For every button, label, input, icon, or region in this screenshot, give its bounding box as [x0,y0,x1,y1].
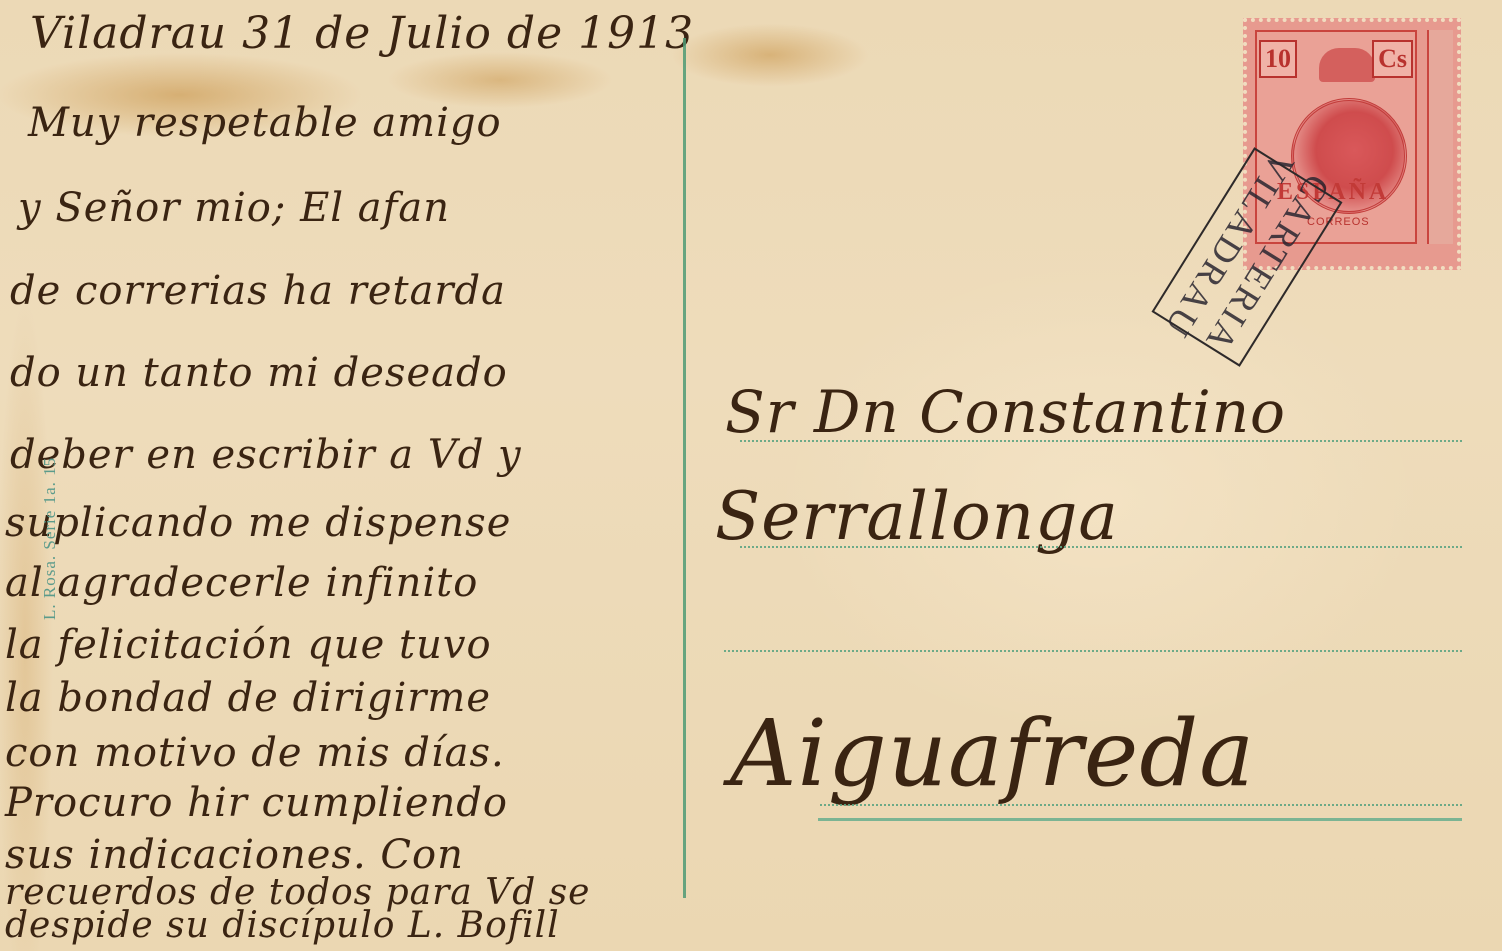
message-line: la bondad de dirigirme [5,675,491,721]
message-line: de correrias ha retarda [10,268,506,314]
message-line: Muy respetable amigo [28,100,502,146]
message-line: do un tanto mi deseado [10,350,508,396]
address-underline [818,818,1462,821]
stamp-value: 10 [1259,40,1297,78]
message-line: con motivo de mis días. [5,730,505,776]
message-line: la felicitación que tuvo [5,622,492,668]
message-line: Procuro hir cumpliendo [5,780,508,826]
message-line: suplicando me dispense [5,500,511,546]
signature-line: despide su discípulo L. Bofill [5,905,560,946]
postcard-back: Viladrau 31 de Julio de 1913 Muy respeta… [0,0,1502,951]
crown-icon [1319,48,1375,82]
address-line-2: Serrallonga [715,478,1119,555]
address-rule-2 [740,546,1462,548]
address-rule-4 [820,804,1462,806]
address-line-4: Aiguafreda [730,700,1255,807]
printer-imprint: L. Rosa. Serie 1a. 15 [40,457,60,620]
message-line: deber en escribir a Vd y [10,432,522,478]
address-rule-1 [740,440,1462,442]
address-line-1: Sr Dn Constantino [725,378,1286,446]
address-rule-3 [724,650,1462,652]
stamp-adjacent-strip [1427,30,1453,244]
stamp-unit: Cs [1372,40,1413,78]
message-line: al agradecerle infinito [5,560,478,606]
dateline: Viladrau 31 de Julio de 1913 [30,8,694,59]
message-address-divider [683,38,686,898]
message-line: y Señor mio; El afan [18,185,450,231]
